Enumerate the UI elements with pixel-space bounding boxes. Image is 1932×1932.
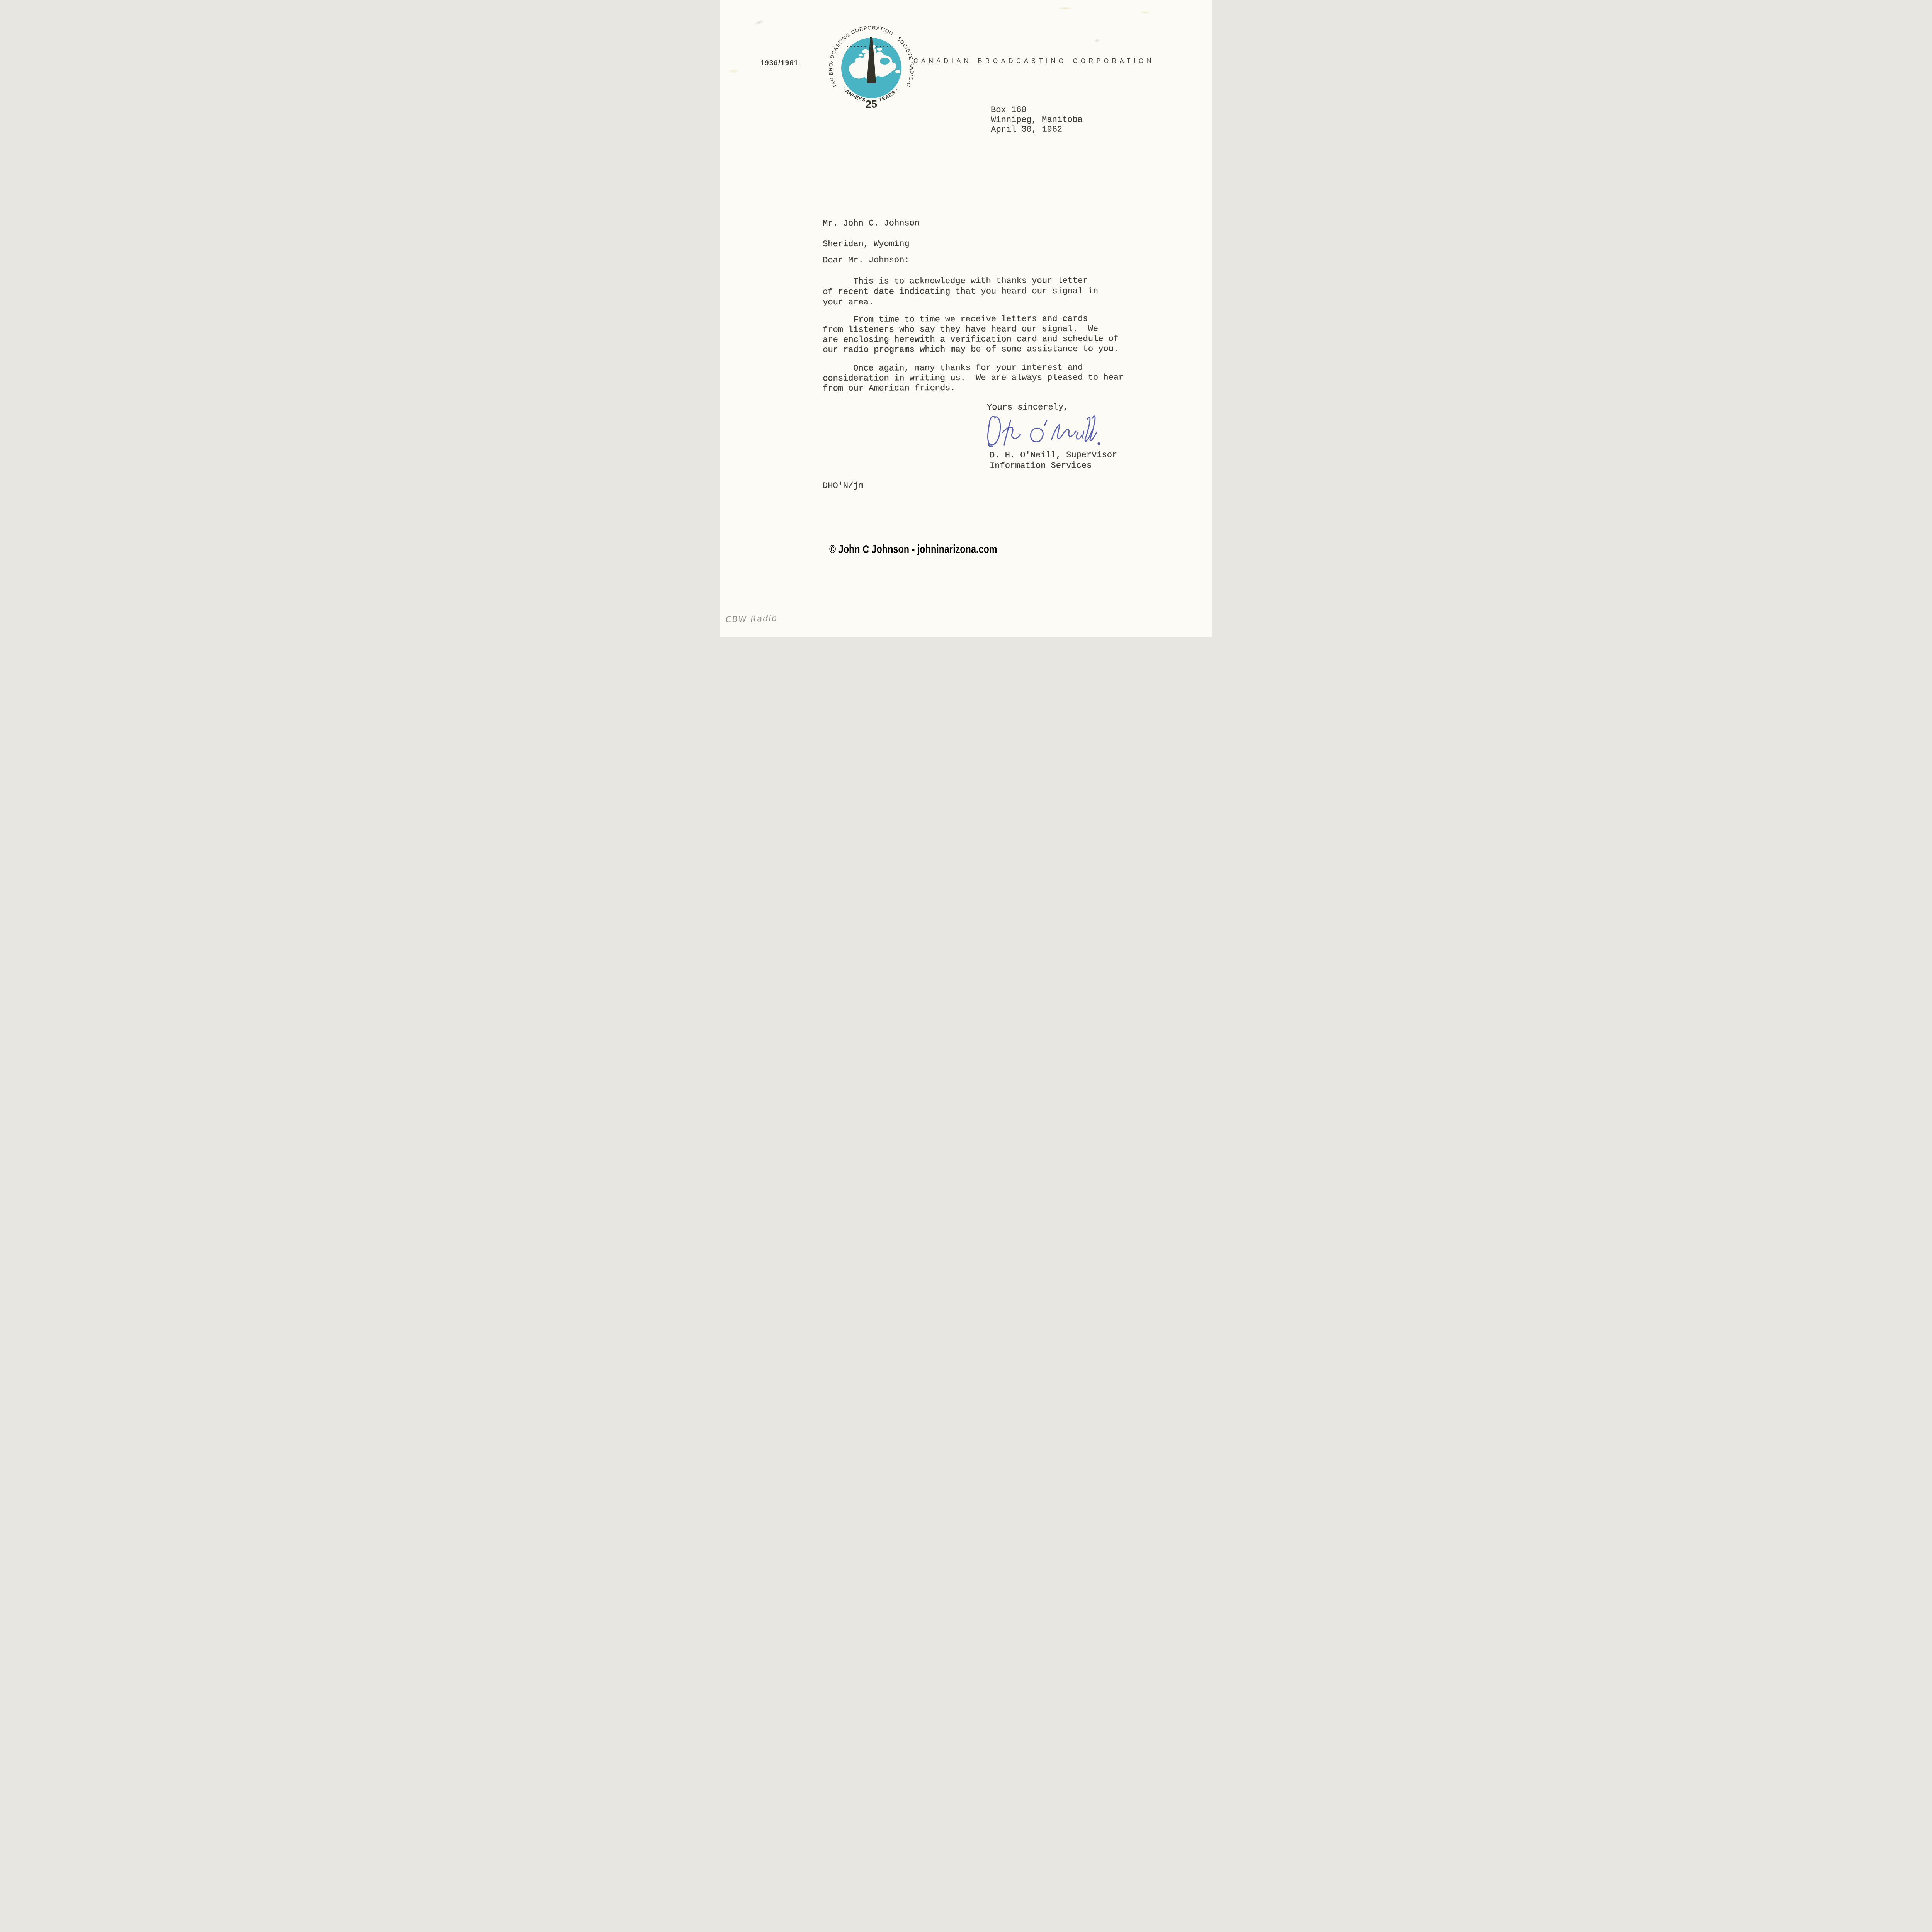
recipient-name: Mr. John C. Johnson [823, 218, 920, 229]
body-paragraph-1: This is to acknowledge with thanks your … [823, 276, 1098, 308]
copyright-watermark: © John C Johnson - johninarizona.com [829, 543, 997, 556]
scan-stain [1094, 39, 1100, 43]
body-paragraph-2: From time to time we receive letters and… [823, 314, 1119, 355]
body-paragraph-3: Once again, many thanks for your interes… [823, 362, 1124, 394]
scanned-letter-page: 1936/1961 [720, 0, 1212, 637]
typed-signature-block: D. H. O'Neill, Supervisor Information Se… [990, 450, 1117, 471]
cbc-logo-graphic: CANADIAN BROADCASTING CORPORATION · SOCI… [827, 24, 916, 116]
closing-line: Yours sincerely, [987, 402, 1068, 413]
scan-stain [754, 19, 765, 26]
reference-initials: DHO'N/jm [823, 481, 864, 492]
return-address-block: Box 160 Winnipeg, Manitoba April 30, 196… [991, 105, 1083, 134]
scan-stain [1058, 7, 1072, 10]
salutation: Dear Mr. Johnson: [823, 255, 910, 265]
scan-stain [728, 69, 740, 73]
logo-25-numeral: 25 [866, 99, 877, 110]
recipient-city: Sheridan, Wyoming [823, 239, 910, 249]
handwritten-note: CBW Radio [726, 614, 778, 624]
scan-stain [1139, 11, 1151, 14]
organization-name: CANADIAN BROADCASTING CORPORATION [913, 58, 1155, 65]
cbc-25th-anniversary-logo: CANADIAN BROADCASTING CORPORATION · SOCI… [827, 24, 916, 116]
anniversary-years-label: 1936/1961 [760, 59, 799, 67]
signature-ink [985, 412, 1100, 449]
